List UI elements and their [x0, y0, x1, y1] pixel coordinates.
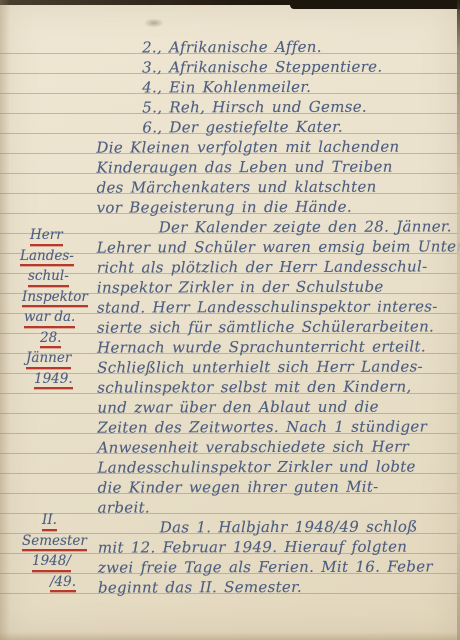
- handwritten-line: sierte sich für sämtliche Schülerarbeite…: [97, 316, 457, 337]
- handwritten-line: richt als plötzlich der Herr Landesschul…: [97, 256, 457, 277]
- handwritten-line: 4., Ein Kohlenmeiler.: [96, 76, 456, 97]
- handwritten-line: 2., Afrikanische Affen.: [96, 36, 456, 57]
- handwritten-line: Zeiten des Zeitwortes. Nach 1 stündiger: [97, 416, 457, 437]
- handwritten-line: die Kinder wegen ihrer guten Mit-: [98, 476, 458, 497]
- handwritten-line: Die Kleinen verfolgten mit lachenden: [96, 136, 456, 157]
- handwritten-line: Das 1. Halbjahr 1948/49 schloß: [98, 516, 458, 537]
- margin-note-word: schul-: [28, 268, 69, 287]
- margin-note-word: Landes-: [20, 248, 74, 267]
- handwritten-line: 5., Reh, Hirsch und Gemse.: [96, 96, 456, 117]
- margin-note-word: Inspektor: [22, 289, 88, 308]
- scan-edge-left: [0, 0, 10, 640]
- handwritten-line: inspektor Zirkler in der Schulstube: [97, 276, 457, 297]
- margin-note-word: Herr: [30, 227, 63, 246]
- margin-note-word: II.: [42, 512, 57, 531]
- margin-note-inspection: HerrLandes-schul-Inspektorwar da.28.Jänn…: [20, 227, 96, 391]
- scan-edge-top-right: [290, 0, 460, 9]
- handwritten-line: beginnt das II. Semester.: [98, 576, 458, 597]
- handwritten-line: des Märchenkaters und klatschten: [97, 176, 457, 197]
- handwritten-line: Hernach wurde Sprachunterricht erteilt.: [97, 336, 457, 357]
- handwritten-line: zwei freie Tage als Ferien. Mit 16. Febe…: [98, 556, 458, 577]
- margin-note-semester: II.Semester1948//49.: [20, 512, 96, 594]
- handwritten-line: 3., Afrikanische Steppentiere.: [96, 56, 456, 77]
- margin-note-word: 1948/: [32, 553, 71, 572]
- handwritten-line: Kinderaugen das Leben und Treiben: [96, 156, 456, 177]
- margin-note-word: Semester: [22, 533, 87, 552]
- handwritten-line: Schließlich unterhielt sich Herr Landes-: [97, 356, 457, 377]
- scan-edge-bottom: [0, 632, 460, 640]
- margin-note-word: war da.: [24, 309, 75, 328]
- margin-note-word: 28.: [40, 330, 61, 349]
- handwritten-body-text: 2., Afrikanische Affen.3., Afrikanische …: [96, 36, 458, 597]
- margin-note-word: /49.: [50, 574, 76, 593]
- handwritten-line: stand. Herr Landesschulinspektor interes…: [97, 296, 457, 317]
- handwritten-line: mit 12. Februar 1949. Hierauf folgten: [98, 536, 458, 557]
- handwritten-line: schulinspektor selbst mit den Kindern,: [97, 376, 457, 397]
- handwritten-line: vor Begeisterung in die Hände.: [97, 196, 457, 217]
- paper-crease: [143, 18, 165, 28]
- handwritten-line: arbeit.: [98, 496, 458, 517]
- margin-note-word: Jänner: [26, 350, 71, 369]
- handwritten-line: Anwesenheit verabschiedete sich Herr: [97, 436, 457, 457]
- handwritten-line: Der Kalender zeigte den 28. Jänner.: [97, 216, 457, 237]
- margin-note-word: 1949.: [34, 371, 73, 390]
- handwritten-line: Landesschulinspektor Zirkler und lobte: [97, 456, 457, 477]
- handwritten-line: 6., Der gestiefelte Kater.: [96, 116, 456, 137]
- scanned-notebook-page: HerrLandes-schul-Inspektorwar da.28.Jänn…: [0, 0, 460, 640]
- handwritten-line: und zwar über den Ablaut und die: [97, 396, 457, 417]
- handwritten-line: Lehrer und Schüler waren emsig beim Unte…: [97, 236, 457, 257]
